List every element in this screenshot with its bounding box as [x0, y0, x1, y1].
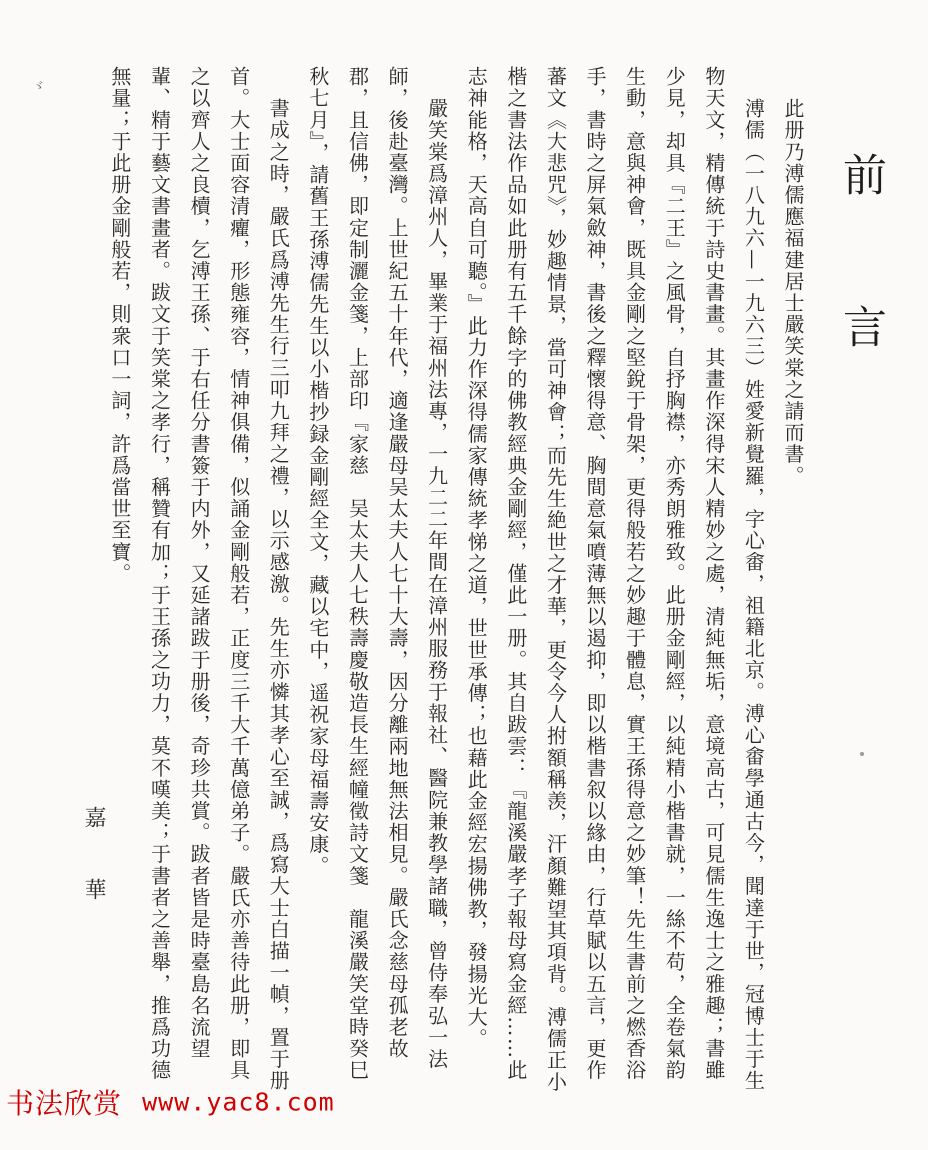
scanned-preface-page: 前言 此册乃溥儒應福建居士嚴笑棠之請而書。 溥儒（一八九六—一九六三）姓愛新覺羅… [0, 0, 928, 1150]
site-watermark: 书法欣赏 www.yac8.com [6, 1082, 335, 1122]
watermark-site-name: 书法欣赏 [6, 1087, 122, 1120]
paragraph: 溥儒（一八九六—一九六三）姓愛新覺羅，字心畬，祖籍北京。溥心畬學通古今，聞達于世… [456, 66, 773, 1098]
author-signature: 嘉 華 [78, 806, 109, 914]
watermark-url: www.yac8.com [142, 1088, 335, 1117]
preface-text-block: 此册乃溥儒應福建居士嚴笑棠之請而書。 溥儒（一八九六—一九六三）姓愛新覺羅，字心… [46, 66, 812, 1098]
paragraph: 此册乃溥儒應福建居士嚴笑棠之請而書。 [772, 66, 812, 1098]
paragraph: 嚴笑棠爲漳州人，畢業于福州法專，一九二二年間在漳州服務于報社、醫院兼教學諸職，曾… [297, 66, 455, 1098]
paragraph: 書成之時，嚴氏爲溥先生行三叩九拜之禮，以示感激。先生亦憐其孝心至誠，爲寫大士白描… [99, 66, 297, 1098]
scan-noise-mark: ゞ [30, 75, 47, 96]
watermark-space [127, 1086, 137, 1119]
page-title: 前言 [836, 152, 884, 456]
scan-speck [860, 752, 864, 756]
